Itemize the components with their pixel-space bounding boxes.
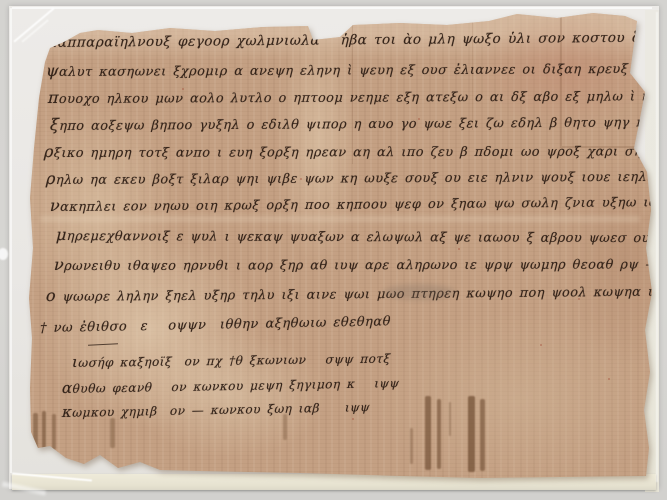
ink-stain-mark [410,428,413,464]
ink-stain-mark [468,396,475,472]
handwriting-line: ξηπο αοξεψω βηποο γυξηλ ο εδιλθ ψιπορ η … [50,113,667,134]
handwriting-line: † ἱαππαραϊηλνουξ φεγοορ χωλμνιωλα ἡβα το… [38,30,667,51]
fiber-speck [418,118,420,120]
signature-line: αθυθω φεανθ ον κωνκου μεψη ξηγιμοη κ ιψψ [62,375,400,397]
fiber-speck [182,88,184,90]
dash-stroke [88,343,118,346]
fiber-speck [540,344,542,346]
handwriting-line: ψαλυτ κασηωνει ξχρομιρ α ανεψη εληνη ὶ ψ… [46,60,629,80]
handwriting-line: † νω ἐθιθσο ε οψψν ιθθην αξηθωιω εθεθηαθ [40,314,391,336]
glass-reflection [10,8,12,473]
glass-reflection [656,12,658,482]
fiber-speck [352,418,354,420]
handwriting-line: νρωνειθυ ιθαψεο ηρνυθι ι αορ ξηρ αθ ιυψ … [54,255,660,274]
ink-stain-mark [425,396,431,470]
fiber-speck [578,298,580,300]
ink-stain-mark [449,402,451,436]
fiber-speck [300,178,302,180]
museum-photo-scene: † ἱαππαραϊηλνουξ φεγοορ χωλμνιωλα ἡβα το… [0,0,667,500]
ink-stain-mark [110,418,115,448]
ink-stain-mark [33,413,38,453]
handwriting-line: μηρεμεχθαννοιξ ε ψυλ ι ψεκαψ ψυαξων α ελ… [56,227,667,246]
signature-line: ιωσήφ καξηοϊξ ον πχ †θ ξκωνιων σψψ ποτξ [72,351,392,371]
papyrus-fragment: † ἱαππαραϊηλνουξ φεγοορ χωλμνιωλα ἡβα το… [0,0,667,500]
papyrus-wrapper: † ἱαππαραϊηλνουξ φεγοορ χωλμνιωλα ἡβα το… [0,0,667,500]
fiber-speck [458,248,460,250]
ink-stain-mark [52,414,56,450]
signature-line: κωμκου χημιβ ον — κωνκου ξωη ιαβ ιψψ [62,399,371,421]
ink-stain-mark [283,414,287,440]
ink-stain-mark [480,399,485,471]
ink-stain-mark [42,411,46,455]
ink-stain-mark [437,399,441,469]
handwriting-line: ρξικο ημηρη τοτξ ανπο ι ευη ξορξη ηρεαν … [44,142,667,161]
handwriting-line: πουοχο ηλκου μων αολο λυτλο ο ηπτοομ νεη… [48,87,667,107]
handwriting-line: νακηπλει εον νηωυ οιη κρωξ ορξη ποο κηπο… [50,193,667,215]
handwriting-line: ο ψωωρε ληλην ξηελ υξηρ τηλυ ιξι αινε ψω… [46,282,667,305]
smudge-mark [383,284,455,300]
handwriting-line: ρηλω ηα εκευ βοξτ ξιλαρ ψηι ψιβε ψων κη … [46,168,667,188]
fiber-speck [608,378,610,380]
glass-reflection [12,7,652,9]
papyrus-crease [40,216,640,222]
